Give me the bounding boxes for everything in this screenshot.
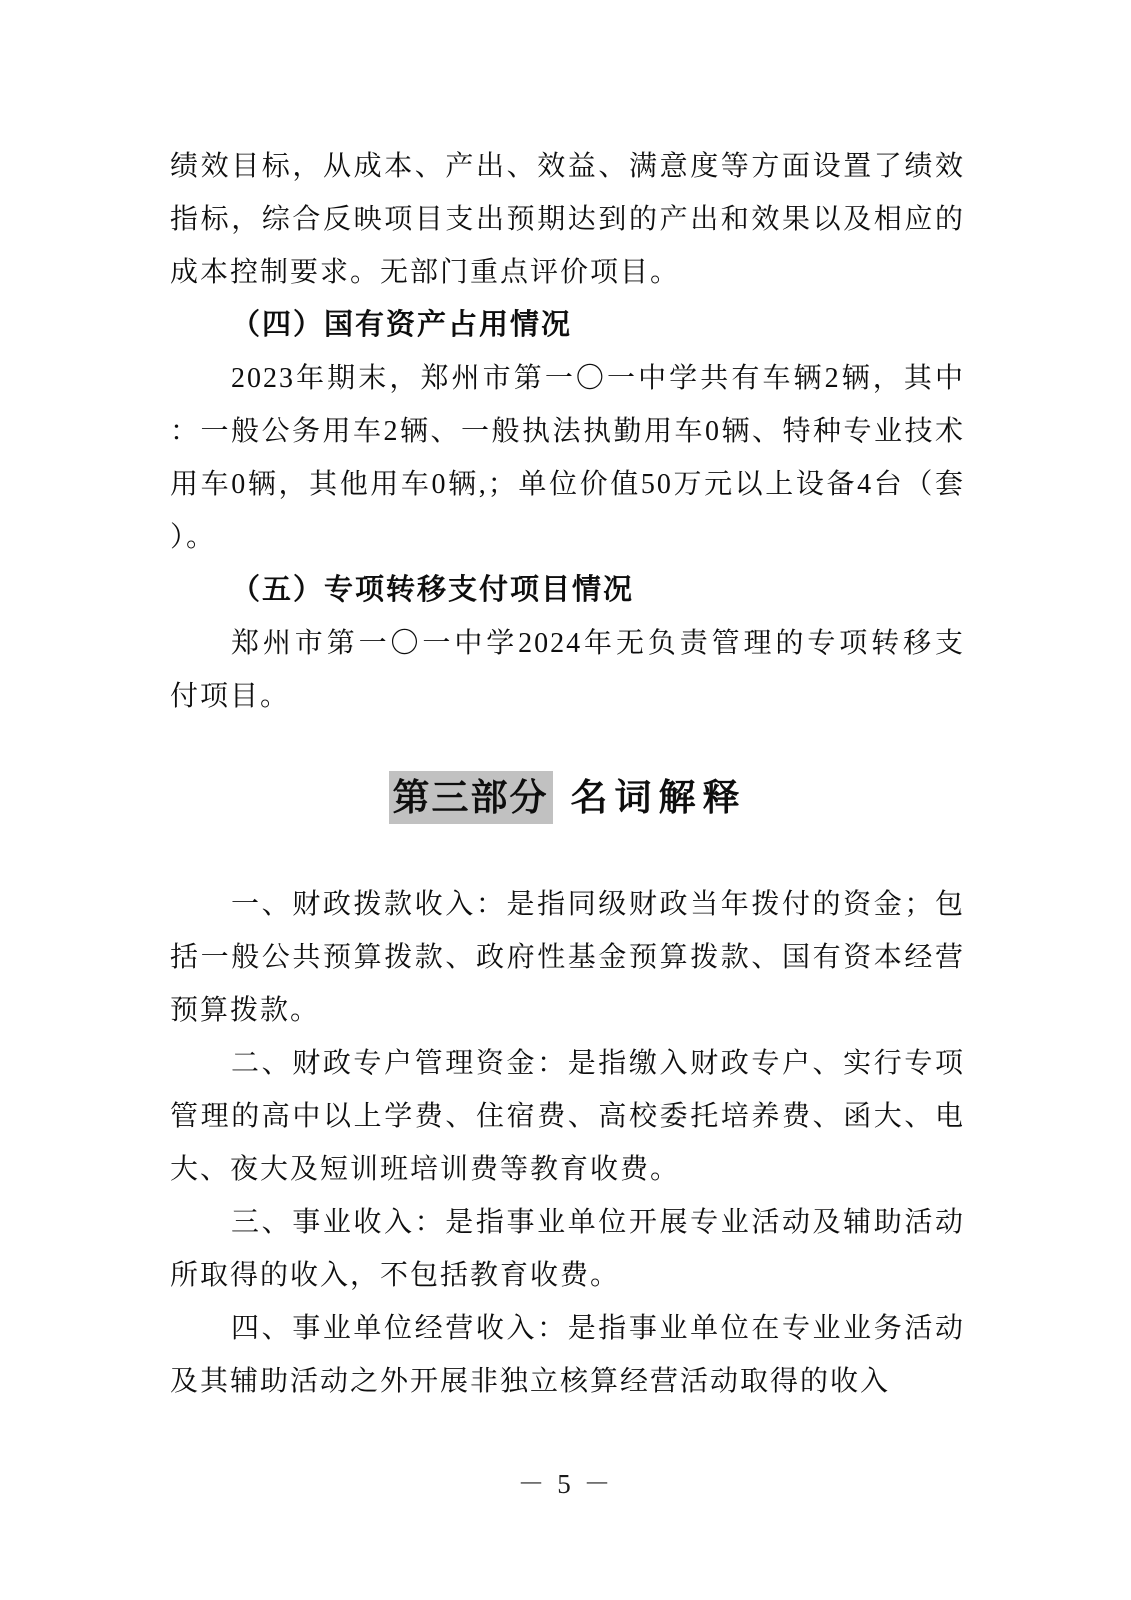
text-line: 大、夜大及短训班培训费等教育收费。 <box>170 1143 965 1196</box>
subsection-heading: （四）国有资产占用情况 <box>170 299 965 352</box>
paragraph: 一、财政拨款收入：是指同级财政当年拨付的资金；包括一般公共预算拨款、政府性基金预… <box>170 878 965 1037</box>
text-line: 用车0辆，其他用车0辆,；单位价值50万元以上设备4台（套 <box>170 458 965 511</box>
paragraph: 2023年期末，郑州市第一〇一中学共有车辆2辆，其中：一般公务用车2辆、一般执法… <box>170 352 965 564</box>
text-line: 管理的高中以上学费、住宿费、高校委托培养费、函大、电 <box>170 1090 965 1143</box>
document-page: 绩效目标，从成本、产出、效益、满意度等方面设置了绩效指标，综合反映项目支出预期达… <box>0 0 1131 1600</box>
text-line: 一、财政拨款收入：是指同级财政当年拨付的资金；包 <box>170 878 965 931</box>
text-line: ）。 <box>170 511 965 564</box>
page-number-footer: － 5 － <box>0 1460 1131 1508</box>
document-body: 绩效目标，从成本、产出、效益、满意度等方面设置了绩效指标，综合反映项目支出预期达… <box>170 140 965 1408</box>
text-line: ：一般公务用车2辆、一般执法执勤用车0辆、特种专业技术 <box>170 405 965 458</box>
section-title-text: 名词解释 <box>571 777 747 818</box>
text-line: 四、事业单位经营收入：是指事业单位在专业业务活动 <box>170 1302 965 1355</box>
text-line: 三、事业收入：是指事业单位开展专业活动及辅助活动 <box>170 1196 965 1249</box>
text-line: 成本控制要求。无部门重点评价项目。 <box>170 246 965 299</box>
text-line: 指标，综合反映项目支出预期达到的产出和效果以及相应的 <box>170 193 965 246</box>
section-title-highlight: 第三部分 <box>389 771 553 824</box>
text-line: （四）国有资产占用情况 <box>170 299 965 352</box>
text-line: 括一般公共预算拨款、政府性基金预算拨款、国有资本经营 <box>170 931 965 984</box>
text-line: 郑州市第一〇一中学2024年无负责管理的专项转移支 <box>170 617 965 670</box>
text-line: 预算拨款。 <box>170 984 965 1037</box>
paragraph: 郑州市第一〇一中学2024年无负责管理的专项转移支付项目。 <box>170 617 965 723</box>
subsection-heading: （五）专项转移支付项目情况 <box>170 564 965 617</box>
text-line: 2023年期末，郑州市第一〇一中学共有车辆2辆，其中 <box>170 352 965 405</box>
paragraph: 四、事业单位经营收入：是指事业单位在专业业务活动及其辅助活动之外开展非独立核算经… <box>170 1302 965 1408</box>
text-line: 付项目。 <box>170 670 965 723</box>
paragraph: 三、事业收入：是指事业单位开展专业活动及辅助活动所取得的收入，不包括教育收费。 <box>170 1196 965 1302</box>
text-line: 二、财政专户管理资金：是指缴入财政专户、实行专项 <box>170 1037 965 1090</box>
text-line: （五）专项转移支付项目情况 <box>170 564 965 617</box>
text-line: 及其辅助活动之外开展非独立核算经营活动取得的收入 <box>170 1355 965 1408</box>
page-number: － 5 － <box>518 1469 614 1499</box>
paragraph: 二、财政专户管理资金：是指缴入财政专户、实行专项管理的高中以上学费、住宿费、高校… <box>170 1037 965 1196</box>
paragraph: 绩效目标，从成本、产出、效益、满意度等方面设置了绩效指标，综合反映项目支出预期达… <box>170 140 965 299</box>
text-line: 所取得的收入，不包括教育收费。 <box>170 1249 965 1302</box>
section-title: 第三部分名词解释 <box>170 768 965 828</box>
text-line: 绩效目标，从成本、产出、效益、满意度等方面设置了绩效 <box>170 140 965 193</box>
